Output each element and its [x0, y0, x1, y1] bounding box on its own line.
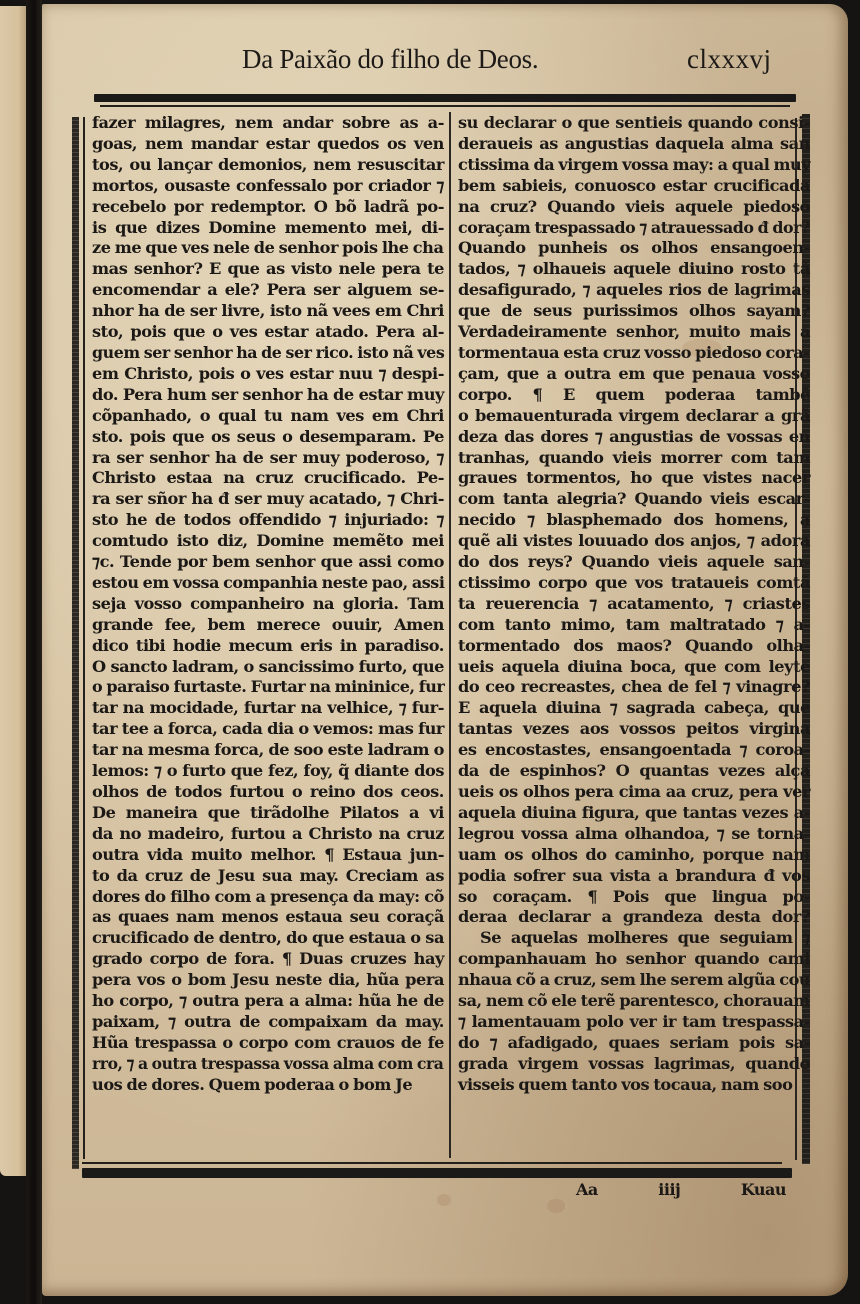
text-line: tar na mesma forca, de soo este ladram o [92, 740, 444, 761]
signature-part: iiij [658, 1180, 680, 1199]
bottom-rule-thick [82, 1168, 792, 1178]
text-line: o paraiso furtaste. Furtar na mininice, … [92, 677, 440, 698]
catchword: Kuau [741, 1180, 786, 1199]
text-line: comtudo isto diz, Domine memẽto mei [92, 531, 444, 552]
text-line: deraueis as angustias daquela alma san [458, 134, 810, 155]
text-line: na cruz? Quando vieis aquele piedoso [458, 197, 810, 218]
text-line: ze me que ves nele de senhor pois lhe ch… [92, 238, 443, 259]
text-line: fazer milagres, nem andar sobre as a- [92, 113, 444, 134]
text-line: desafigurado, ⁊ aqueles rios de lagrimas [458, 280, 810, 301]
text-line: tados, ⁊ olhaueis aquele diuino rosto tã [458, 259, 810, 280]
text-line: o bemauenturada virgem declarar a grã [458, 406, 810, 427]
text-line: crucificado de dentro, do que estaua o s… [92, 928, 444, 949]
text-line: Verdadeiramente senhor, muito mais a [458, 322, 810, 343]
text-line: so coraçam. ¶ Pois que lingua po- [458, 887, 810, 908]
text-line: graues tormentos, ho que vistes nacer [458, 468, 810, 489]
text-line: sto, pois que o ves estar atado. Pera al… [92, 322, 444, 343]
text-line: tar na mocidade, furtar na velhice, ⁊ fu… [92, 698, 444, 719]
foxing-stain [437, 1194, 451, 1206]
text-line: tormentaua esta cruz vosso piedoso cora- [458, 343, 808, 364]
text-line: deza das dores ⁊ angustias de vossas en [458, 427, 810, 448]
text-line: necido ⁊ blasphemado dos homens, a [458, 510, 810, 531]
text-line: to da cruz de Jesu sua may. Creciam as [92, 866, 444, 887]
text-line: sto. pois que os seus o desemparam. Pe [92, 427, 444, 448]
text-line: legrou vossa alma olhandoa, ⁊ se torna- [458, 824, 810, 845]
text-line: paixam, ⁊ outra de compaixam da may. [92, 1012, 444, 1033]
text-line: E aquela diuina ⁊ sagrada cabeça, que [458, 698, 810, 719]
text-line: mortos, ousaste confessalo por criador ⁊ [92, 176, 444, 197]
text-line: da de espinhos? O quantas vezes alça [458, 761, 810, 782]
text-line: estou em vossa companhia neste pao, assi [92, 573, 439, 594]
text-line: companhauam ho senhor quando cami [458, 949, 810, 970]
text-line: do ceo recreastes, chea de fel ⁊ vinagre… [458, 677, 810, 698]
text-line: recebelo por redemptor. O bõ ladrã po- [92, 197, 444, 218]
text-line: cõpanhado, o qual tu nam ves em Chri [92, 406, 444, 427]
text-line: do. Pera hum ser senhor ha de estar muy [92, 385, 444, 406]
text-line: Se aquelas molheres que seguiam ⁊ [458, 928, 810, 949]
text-line: rro, ⁊ a outra trespassa vossa alma com … [92, 1054, 431, 1075]
text-line: do dos reys? Quando vieis aquele san- [458, 552, 810, 573]
foxing-stain [547, 1199, 565, 1213]
text-line: bem sabieis, conuosco estar crucificada [458, 176, 810, 197]
top-rule-thick [94, 94, 796, 102]
text-line: quẽ ali vistes louuado dos anjos, ⁊ ador… [458, 531, 810, 552]
text-line: da no madeiro, furtou a Christo na cruz [92, 824, 444, 845]
text-line: ra ser senhor ha de ser muy poderoso, ⁊ [92, 448, 444, 469]
text-column-left: fazer milagres, nem andar sobre as a-goa… [92, 113, 444, 1096]
text-line: nhor ha de ser livre, isto nã vees em Ch… [92, 301, 444, 322]
text-line: ho corpo, ⁊ outra pera a alma: hũa he de [92, 991, 444, 1012]
text-line: tranhas, quando vieis morrer com tam [458, 448, 810, 469]
text-line: grado corpo de fora. ¶ Duas cruzes hay [92, 949, 444, 970]
text-line: do ⁊ afadigado, quaes seriam pois sa- [458, 1033, 810, 1054]
text-line: ⁊c. Tende por bem senhor que assi como [92, 552, 444, 573]
text-line: es encostastes, ensangoentada ⁊ coroa- [458, 740, 810, 761]
text-line: encomendar a ele? Pera ser alguem se- [92, 280, 444, 301]
text-line: com tanto mimo, tam maltratado ⁊ a- [458, 615, 810, 636]
book-gutter [26, 0, 42, 1304]
text-line: De maneira que tirãdolhe Pilatos a vi [92, 803, 444, 824]
text-line: nhaua cõ a cruz, sem lhe serem algũa cou [458, 970, 808, 991]
signature-mark: Aa iiij Kuau [576, 1180, 786, 1199]
left-border-thick [72, 117, 79, 1169]
text-line: que de seus purissimos olhos sayam? [458, 301, 810, 322]
facing-page-edge [0, 6, 26, 1176]
text-line: corpo. ¶ E quem poderaa tambẽ [458, 385, 810, 406]
text-line: coraçam trespassado ⁊ atrauessado đ dor? [458, 218, 802, 239]
text-line: ctissimo corpo que vos trataueis comtã [458, 573, 810, 594]
text-line: ra ser sñor ha đ ser muy acatado, ⁊ Chri… [92, 489, 444, 510]
text-line: O sancto ladram, o sancissimo furto, que [92, 657, 444, 678]
text-line: dico tibi hodie mecum eris in paradiso. [92, 636, 444, 657]
text-line: outra vida muito melhor. ¶ Estaua jun- [92, 845, 444, 866]
text-line: uos de dores. Quem poderaa o bom Je [92, 1075, 444, 1096]
folio-number: clxxxvj [687, 44, 772, 75]
text-line: Christo estaa na cruz crucificado. Pe- [92, 468, 444, 489]
text-line: mas senhor? E que as visto nele pera te [92, 259, 444, 280]
text-line: em Christo, pois o ves estar nuu ⁊ despi… [92, 364, 444, 385]
text-line: ta reuerencia ⁊ acatamento, ⁊ criastes [458, 594, 810, 615]
text-line: çam, que a outra em que penaua vosso [458, 364, 810, 385]
left-border-thin [83, 117, 85, 1159]
text-line: tar tee a forca, cada dia o vemos: mas f… [92, 719, 444, 740]
text-line: aquela diuina figura, que tantas vezes a… [458, 803, 810, 824]
text-line: podia sofrer sua vista a brandura đ vos [458, 866, 810, 887]
column-divider [449, 112, 451, 1158]
text-line: ctissima da virgem vossa may: a qual muy [458, 155, 807, 176]
text-line: sa, nem cõ ele terẽ parentesco, chorauam [458, 991, 807, 1012]
text-line: deraa declarar a grandeza desta dor? [458, 907, 810, 928]
text-line: tormentado dos maos? Quando olha- [458, 636, 810, 657]
text-line: olhos de todos furtou o reino dos ceos. [92, 782, 444, 803]
text-line: is que dizes Domine memento mei, di- [92, 218, 444, 239]
text-line: goas, nem mandar estar quedos os ven [92, 134, 444, 155]
text-line: seja vosso companheiro na gloria. Tam [92, 594, 444, 615]
text-line: tantas vezes aos vossos peitos virgina [458, 719, 810, 740]
text-line: visseis quem tanto vos tocaua, nam soo [458, 1075, 810, 1096]
text-line: dores do filho com a presença da may: cõ [92, 887, 444, 908]
text-line: ueis aquela diuina boca, que com leyte [458, 657, 810, 678]
bottom-rule-thin [82, 1162, 782, 1164]
text-column-right: su declarar o que sentieis quando consi-… [458, 113, 810, 1096]
running-head: Da Paixão do filho de Deos. [242, 44, 538, 75]
signature-part: Aa [576, 1180, 598, 1199]
text-line: sto he de todos offendido ⁊ injuriado: ⁊ [92, 510, 444, 531]
text-line: ⁊ lamentauam polo ver ir tam trespassa- [458, 1012, 810, 1033]
text-line: lemos: ⁊ o furto que fez, foy, q̃ diante… [92, 761, 444, 782]
text-line: pera vos o bom Jesu neste dia, hũa pera [92, 970, 444, 991]
top-rule-thin [100, 105, 790, 107]
text-line: Hũa trespassa o corpo com crauos de fe [92, 1033, 444, 1054]
text-line: as quaes nam menos estaua seu coraçã [92, 907, 444, 928]
text-line: Quando punheis os olhos ensangoen- [458, 238, 810, 259]
text-line: guem ser senhor ha de ser rico. isto nã … [92, 343, 436, 364]
text-line: grada virgem vossas lagrimas, quando [458, 1054, 810, 1075]
text-line: ueis os olhos pera cima aa cruz, pera ve… [458, 782, 810, 803]
text-line: tos, ou lançar demonios, nem resuscitar [92, 155, 444, 176]
text-line: su declarar o que sentieis quando consi- [458, 113, 810, 134]
text-line: grande fee, bem merece ouuir, Amen [92, 615, 444, 636]
text-line: uam os olhos do caminho, porque nam [458, 845, 810, 866]
text-line: com tanta alegria? Quando vieis escar- [458, 489, 810, 510]
